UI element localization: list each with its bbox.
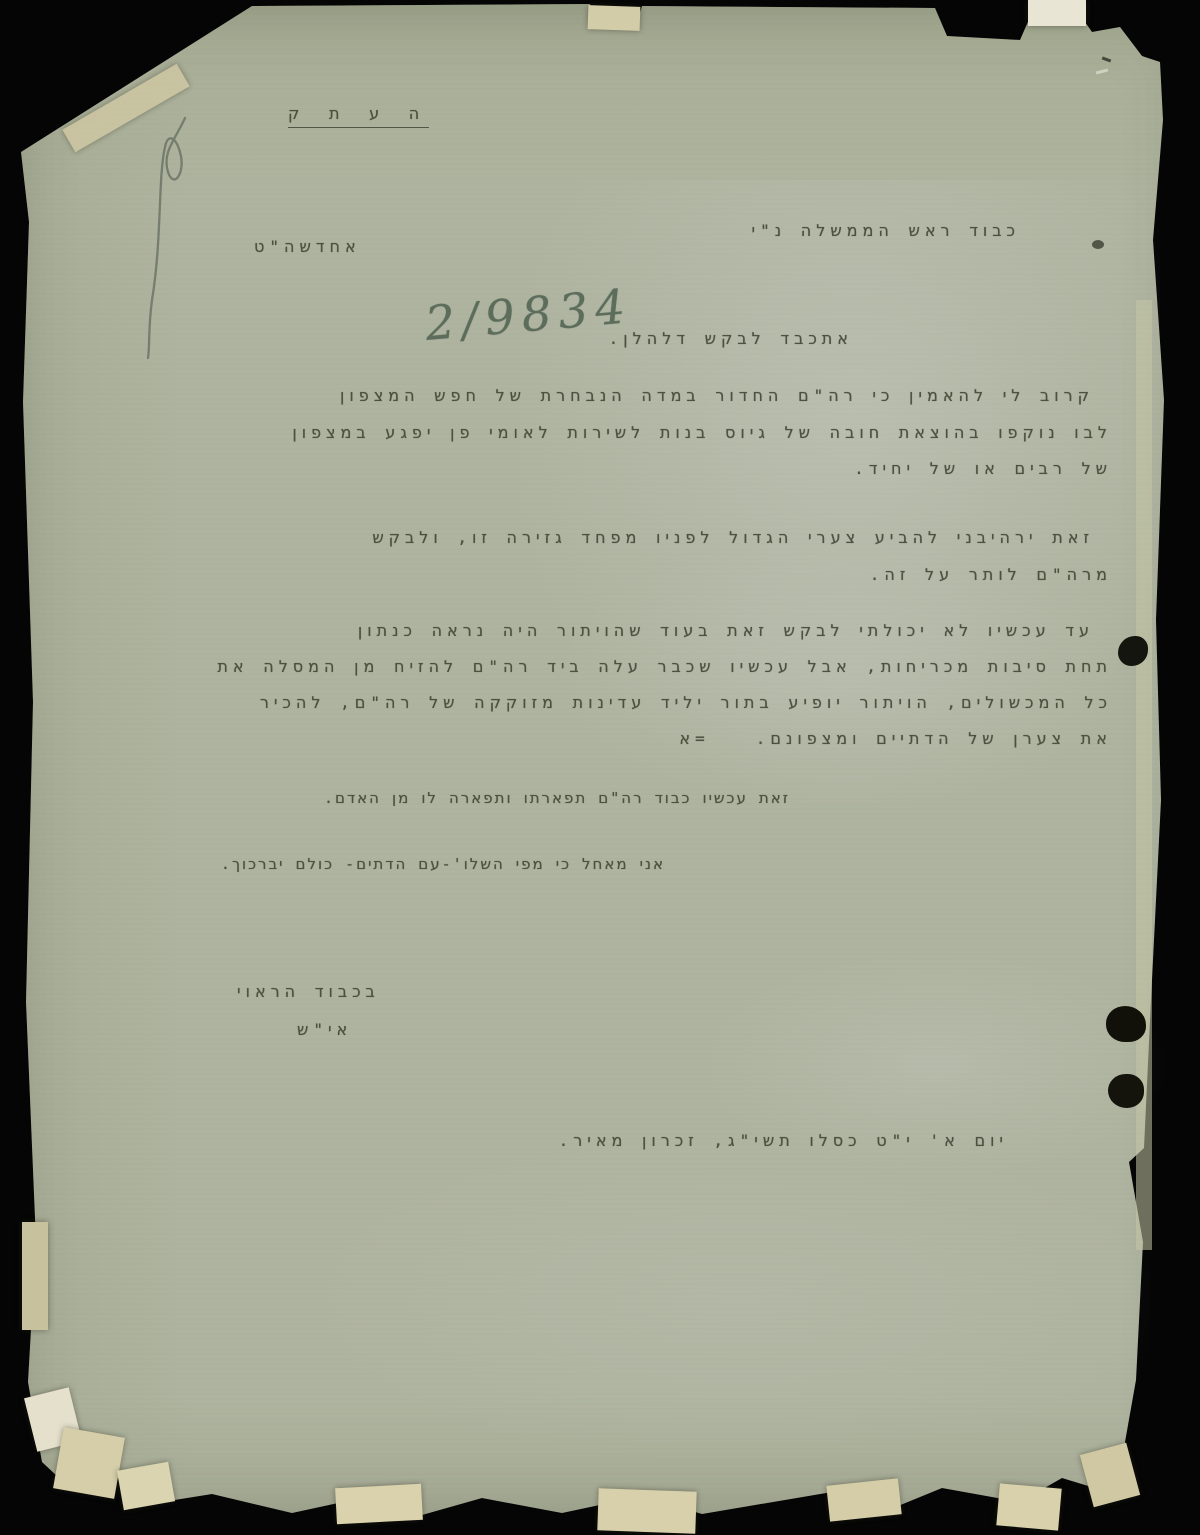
paragraph-line: מרה"ם לותר על זה. <box>870 565 1112 584</box>
date-line: יום א' י"ט כסלו תשי"ג, זכרון מאיר. <box>559 1131 1008 1150</box>
signature-line: אי"ש <box>297 1020 352 1039</box>
correction-mark: =א <box>679 729 709 748</box>
paragraph-line: אני מאחל כי מפי השלו'-עם הדתים- כולם יבר… <box>221 855 665 873</box>
paragraph-line: את צערן של הדתיים ומצפונם.=א <box>679 729 1112 748</box>
paragraph-line-text: את צערן של הדתיים ומצפונם. <box>756 729 1112 748</box>
paragraph-line: כל המכשולים, הויתור יופיע בתור יליד עדינ… <box>260 693 1112 712</box>
paragraph-line: זאת ירהיבני להביע צערי הגדול לפניו מפחד … <box>372 528 1094 547</box>
paragraph-line: תחת סיבות מכריחות, אבל עכשיו שכבר עלה בי… <box>217 657 1112 676</box>
greeting-line: אחדשה"ט <box>254 237 361 256</box>
typed-text-layer: ה ע ת ק כבוד ראש הממשלה נ"י אחדשה"ט אתכב… <box>0 0 1200 1535</box>
paragraph-line: קרוב לי להאמין כי רה"ם החדור במדה הנבחרת… <box>340 386 1094 405</box>
closing-line: בכבוד הראוי <box>237 982 380 1001</box>
scanned-letter-page: 2/9834 ה ע ת ק כבוד ראש הממשלה נ"י אחדשה… <box>0 0 1200 1535</box>
paragraph-line: של רבים או של יחיד. <box>854 459 1112 478</box>
copy-stamp: ה ע ת ק <box>288 104 429 128</box>
paragraph-line: עד עכשיו לא יכולתי לבקש זאת בעוד שהויתור… <box>358 621 1094 640</box>
paragraph-line: לבו נוקפו בהוצאת חובה של גיוס בנות לשירו… <box>292 423 1112 442</box>
recipient-line: כבוד ראש הממשלה נ"י <box>752 221 1020 240</box>
opening-line: אתכבד לבקש דלהלן. <box>609 329 853 348</box>
paragraph-line: זאת עכשיו כבוד רה"ם תפארתו ותפארה לו מן … <box>324 789 790 807</box>
